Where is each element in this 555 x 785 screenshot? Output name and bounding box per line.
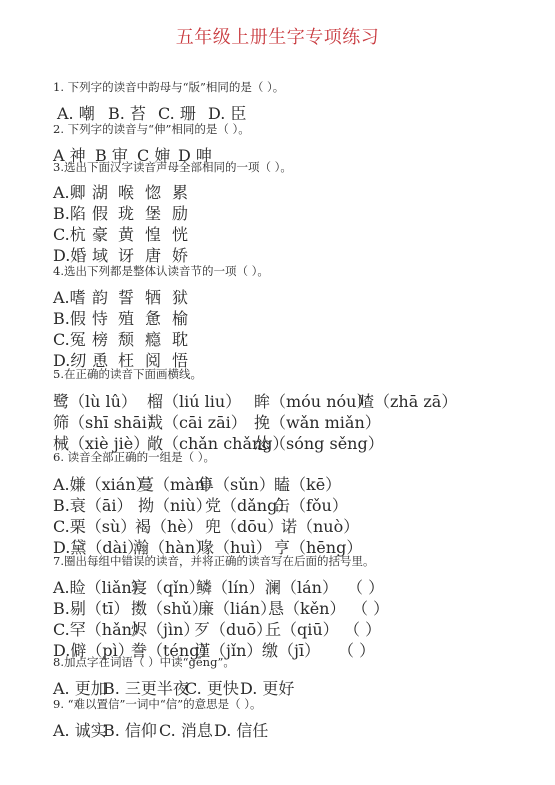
q5-item[interactable]: 榴（liú liu） <box>147 389 241 412</box>
q3-c-1: C.杭 <box>53 222 86 245</box>
q6-item: 诺（nuò） <box>281 514 359 537</box>
q7-item: 恳（kěn） <box>268 596 345 619</box>
q5-item[interactable]: 挽（wǎn miǎn） <box>254 410 381 433</box>
q5-item[interactable]: 眸（móu nóu） <box>254 389 372 412</box>
q4-c-2: 榜 <box>92 327 108 350</box>
q7-item: 丘（qiū） <box>265 617 339 640</box>
q4-b-2: 恃 <box>92 306 108 329</box>
q3-b-2: 假 <box>92 201 108 224</box>
q4-b-5: 榆 <box>172 306 188 329</box>
q3-a-4: 惚 <box>145 180 161 203</box>
question-2-stem: 2. 下列字的读音与“伸”相同的是（ ）。 <box>53 122 250 136</box>
q6-item: 隼（sǔn） <box>198 472 275 495</box>
q3-d-2: 域 <box>92 243 108 266</box>
q5-item[interactable]: 喳（zhā zā） <box>358 389 457 412</box>
q3-a-1: A.卿 <box>53 180 86 203</box>
q7-answer-blank[interactable]: （ ） <box>352 596 389 619</box>
q7-item: 寝（qǐn） <box>131 575 205 598</box>
q1-option-d[interactable]: D. 臣 <box>208 101 246 124</box>
q4-b-4: 惫 <box>145 306 161 329</box>
q5-item[interactable]: 怂（sóng sěng） <box>254 431 384 454</box>
q4-c-4: 瘾 <box>145 327 161 350</box>
q9-option-d[interactable]: D. 信任 <box>214 718 268 741</box>
question-7-stem: 7.圈出每组中错误的读音，并将正确的读音写在后面的括号里。 <box>53 554 374 568</box>
q3-c-4: 惶 <box>145 222 161 245</box>
q3-a-3: 喉 <box>118 180 134 203</box>
q8-option-c[interactable]: C. 更快 <box>185 676 239 699</box>
q4-a-5: 狱 <box>172 285 188 308</box>
q4-c-1: C.冤 <box>53 327 86 350</box>
q9-option-c[interactable]: C. 消息 <box>159 718 213 741</box>
question-1-stem: 1. 下列字的读音中韵母与“版”相同的是（ ）。 <box>53 80 284 94</box>
q7-item: 鳞（lín） <box>196 575 265 598</box>
q3-c-5: 恍 <box>172 222 188 245</box>
question-6-stem: 6. 读音全部正确的一组是（ ）。 <box>53 450 215 464</box>
q7-item: 歹（duō） <box>194 617 272 640</box>
q3-a-2: 湖 <box>92 180 108 203</box>
q5-item[interactable]: 鹭（lù lû） <box>53 389 137 412</box>
q3-b-4: 堡 <box>145 201 161 224</box>
question-8-stem: 8.加点字在词语（ ）中读“gēng”。 <box>53 655 235 669</box>
q3-d-3: 讶 <box>118 243 134 266</box>
q3-d-4: 唐 <box>145 243 161 266</box>
q7-answer-blank[interactable]: （ ） <box>344 617 381 640</box>
q7-item: B.剔（tī） <box>53 596 129 619</box>
q3-b-1: B.陷 <box>53 201 86 224</box>
q7-item: 烬（jìn） <box>131 617 199 640</box>
q5-item[interactable]: 哉（cāi zāi） <box>147 410 247 433</box>
q1-option-c[interactable]: C. 珊 <box>158 101 196 124</box>
q6-item: 瞌（kē） <box>274 472 341 495</box>
q3-c-2: 豪 <box>92 222 108 245</box>
question-4-stem: 4.选出下列都是整体认读音节的一项（ ）。 <box>53 264 269 278</box>
q4-a-2: 韵 <box>92 285 108 308</box>
q4-a-4: 牺 <box>145 285 161 308</box>
question-5-stem: 5.在正确的读音下面画横线。 <box>53 367 202 381</box>
q6-item: 拗（niù） <box>138 493 212 516</box>
q4-b-3: 殖 <box>118 306 134 329</box>
q8-option-b[interactable]: B. 三更半夜 <box>103 676 189 699</box>
q7-item: 澜（lán） <box>265 575 338 598</box>
q6-item: B.衰（āi） <box>53 493 133 516</box>
page-title: 五年级上册生字专项练习 <box>0 23 555 49</box>
q4-c-5: 耽 <box>172 327 188 350</box>
question-3-stem: 3.选出下面汉字读音声母全部相同的一项（ ）。 <box>53 160 292 174</box>
q4-c-3: 颓 <box>118 327 134 350</box>
question-9-stem: 9. “难以置信”一词中“信”的意思是（ ）。 <box>53 697 262 711</box>
q7-item: 廉（lián） <box>198 596 276 619</box>
q7-item: 缴（jī） <box>262 638 320 661</box>
q3-b-3: 珑 <box>118 201 134 224</box>
q9-option-b[interactable]: B. 信仰 <box>103 718 157 741</box>
q3-d-1: D.婚 <box>53 243 86 266</box>
q6-item: 兜（dōu） <box>205 514 283 537</box>
q7-item: 擞（shǔ） <box>131 596 208 619</box>
q4-b-1: B.假 <box>53 306 86 329</box>
q9-option-a[interactable]: A. 诚实 <box>53 718 107 741</box>
q3-c-3: 黄 <box>118 222 134 245</box>
q1-option-a[interactable]: A. 嘲 <box>57 101 95 124</box>
q6-item: A.嫌（xián） <box>53 472 152 495</box>
q3-b-5: 励 <box>172 201 188 224</box>
q7-answer-blank[interactable]: （ ） <box>338 638 375 661</box>
q8-option-a[interactable]: A. 更加 <box>53 676 107 699</box>
q8-option-d[interactable]: D. 更好 <box>240 676 294 699</box>
q1-option-b[interactable]: B. 苔 <box>108 101 146 124</box>
q7-answer-blank[interactable]: （ ） <box>347 575 384 598</box>
q3-d-5: 娇 <box>172 243 188 266</box>
q6-item: 缶（fǒu） <box>274 493 348 516</box>
q3-a-5: 累 <box>172 180 188 203</box>
q4-a-3: 誓 <box>118 285 134 308</box>
q4-a-1: A.嗜 <box>53 285 86 308</box>
q6-item: 褐（hè） <box>135 514 203 537</box>
q6-item: C.栗（sù） <box>53 514 136 537</box>
